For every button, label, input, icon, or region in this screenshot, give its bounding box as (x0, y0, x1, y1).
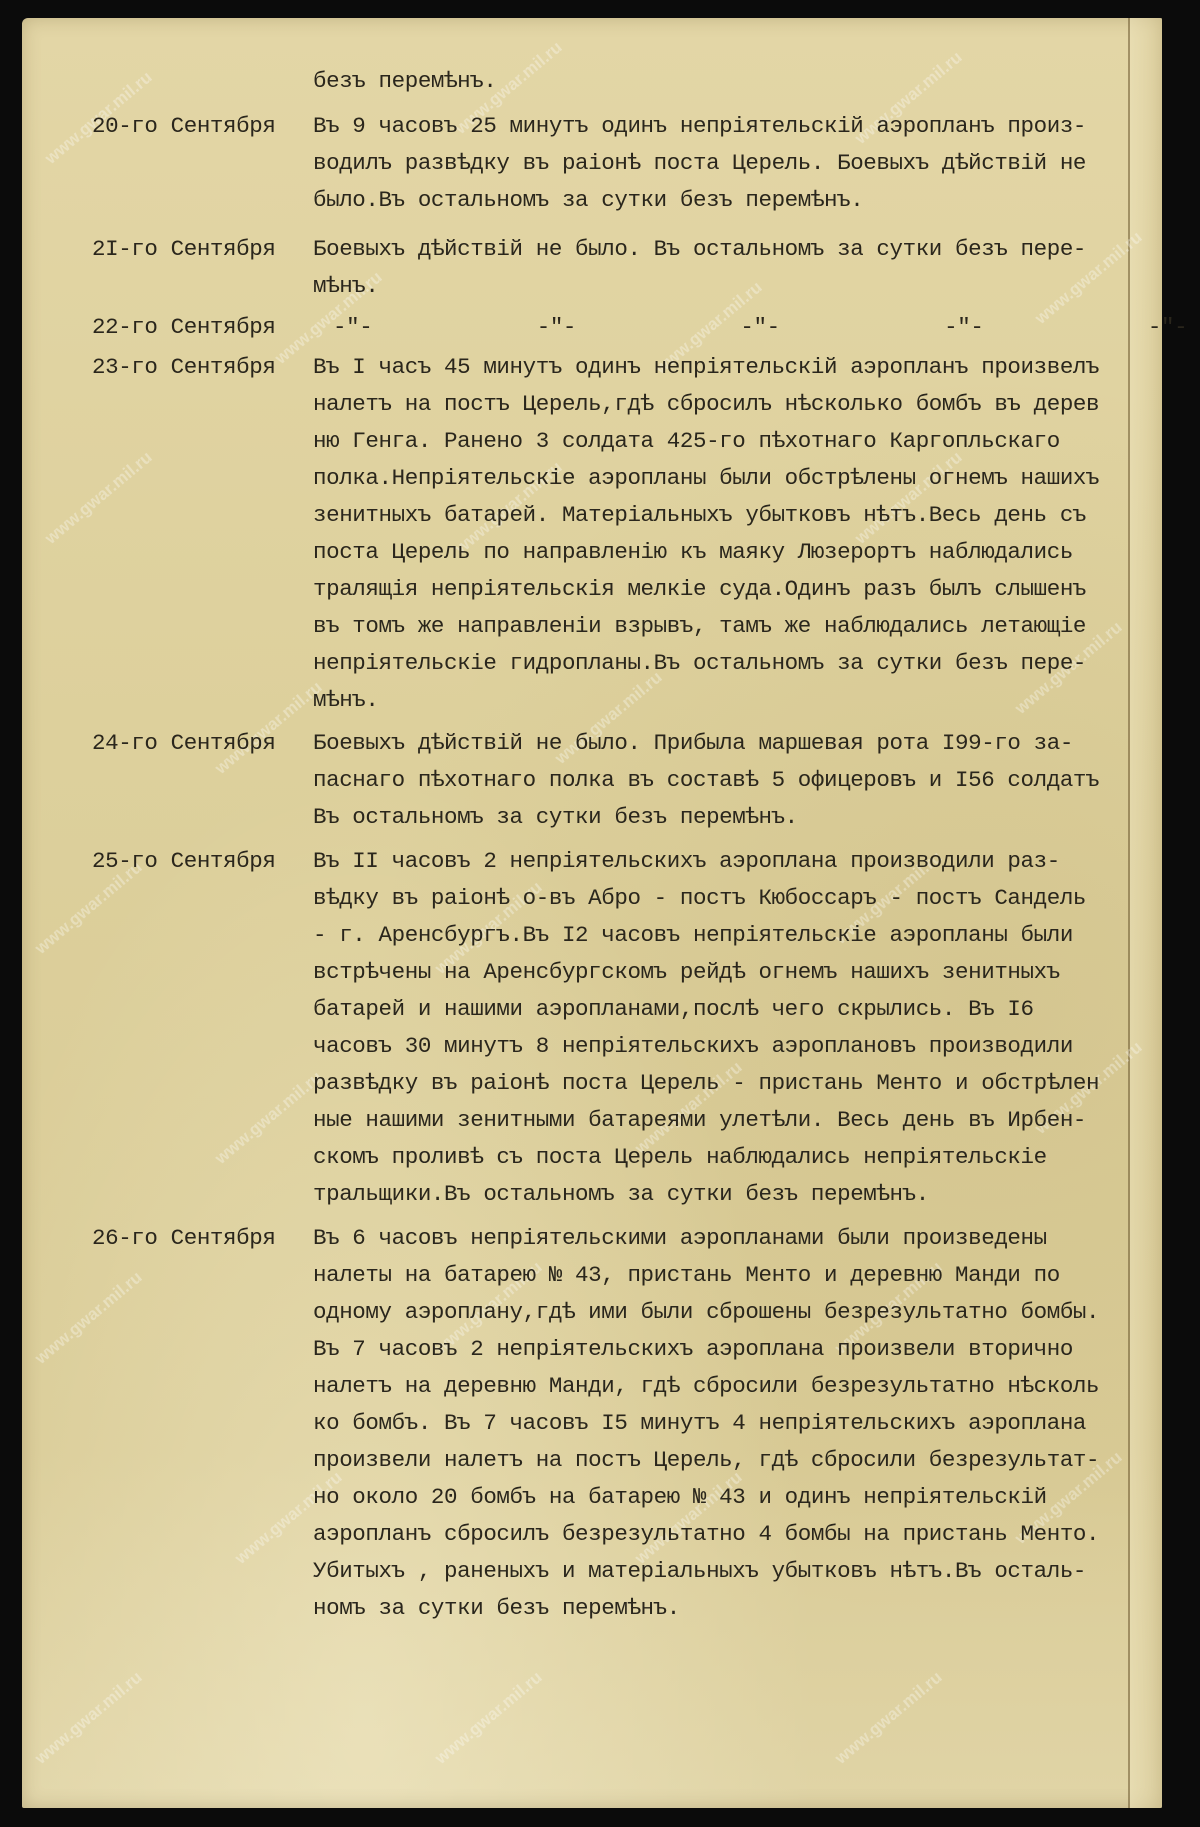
entry-line: встрѣчены на Аренсбургскомъ рейдѣ огнемъ… (313, 959, 1060, 985)
entry-date: 20-го Сентября (92, 113, 275, 139)
document-page: www.gwar.mil.ru www.gwar.mil.ru www.gwar… (22, 18, 1162, 1808)
entry-line: Убитыхъ , раненыхъ и матерiальныхъ убытк… (313, 1558, 1086, 1584)
entry-line: Въ 6 часовъ непрiятельскими аэропланами … (313, 1225, 1047, 1251)
entry-line: скомъ проливѣ съ поста Церель наблюдалис… (313, 1144, 1047, 1170)
entry-line: налетъ на деревню Манди, гдѣ сбросили бе… (313, 1373, 1099, 1399)
entry-line: мѣнъ. (313, 687, 379, 713)
entry-line: произвели налетъ на постъ Церель, гдѣ сб… (313, 1447, 1099, 1473)
entry-line: зенитныхъ батарей. Матерiальныхъ убытков… (313, 502, 1086, 528)
entry-line: тральщики.Въ остальномъ за сутки безъ пе… (313, 1181, 929, 1207)
entry-line: Въ остальномъ за сутки безъ перемѣнъ. (313, 804, 798, 830)
entry-date: 24-го Сентября (92, 730, 275, 756)
entry-line: ню Генга. Ранено 3 солдата 425-го пѣхотн… (313, 428, 1060, 454)
entry-line: Въ II часовъ 2 непрiятельскихъ аэроплана… (313, 848, 1060, 874)
continuation-line: безъ перемѣнъ. (313, 68, 496, 94)
entry-line: развѣдку въ раiонѣ поста Церель - приста… (313, 1070, 1099, 1096)
entry-line: водилъ развѣдку въ раiонѣ поста Церель. … (313, 150, 1086, 176)
entry-date: 26-го Сентября (92, 1225, 275, 1251)
entry-line: ные нашими зенитными батареями улетѣли. … (313, 1107, 1086, 1133)
entry-line: батарей и нашими аэропланами,послѣ чего … (313, 996, 1034, 1022)
entry-date: 22-го Сентября (92, 314, 275, 340)
entry-date: 25-го Сентября (92, 848, 275, 874)
entry-line: паснаго пѣхотнаго полка въ составѣ 5 офи… (313, 767, 1099, 793)
entry-line: полка.Непрiятельскiе аэропланы были обст… (313, 465, 1099, 491)
entry-line: ко бомбъ. Въ 7 часовъ I5 минутъ 4 непрiя… (313, 1410, 1086, 1436)
entry-date: 2I-го Сентября (92, 236, 275, 262)
ditto-marks: -"- -"- -"- -"- -"- -"- -"- (333, 314, 1200, 340)
entry-line: налетъ на постъ Церель,гдѣ сбросилъ нѣск… (313, 391, 1099, 417)
entry-line: Боевыхъ дѣйствiй не было. Въ остальномъ … (313, 236, 1086, 262)
entry-line: непрiятельскiе гидропланы.Въ остальномъ … (313, 650, 1086, 676)
entry-line: одному аэроплану,гдѣ ими были сброшены б… (313, 1299, 1099, 1325)
entry-line: вѣдку въ раiонѣ о-въ Абро - постъ Кюбосс… (313, 885, 1086, 911)
entry-date: 23-го Сентября (92, 354, 275, 380)
entry-line: но около 20 бомбъ на батарею № 43 и один… (313, 1484, 1047, 1510)
entry-line: - г. Аренсбургъ.Въ I2 часовъ непрiятельс… (313, 922, 1073, 948)
entry-line: Въ 9 часовъ 25 минутъ одинъ непрiятельск… (313, 113, 1086, 139)
entry-line: налеты на батарею № 43, пристань Менто и… (313, 1262, 1060, 1288)
entry-line: Боевыхъ дѣйствiй не было. Прибыла маршев… (313, 730, 1073, 756)
entry-line: тралящiя непрiятельскiя мелкiе суда.Один… (313, 576, 1086, 602)
entry-line: номъ за сутки безъ перемѣнъ. (313, 1595, 680, 1621)
report-text: безъ перемѣнъ. 20-го Сентября Въ 9 часов… (22, 18, 1162, 1808)
entry-line: аэропланъ сбросилъ безрезультатно 4 бомб… (313, 1521, 1099, 1547)
entry-line: поста Церель по направленiю къ маяку Люз… (313, 539, 1073, 565)
entry-line: мѣнъ. (313, 273, 379, 299)
entry-line: было.Въ остальномъ за сутки безъ перемѣн… (313, 187, 863, 213)
entry-line: въ томъ же направленiи взрывъ, тамъ же н… (313, 613, 1086, 639)
entry-line: Въ I часъ 45 минутъ одинъ непрiятельскiй… (313, 354, 1099, 380)
entry-line: часовъ 30 минутъ 8 непрiятельскихъ аэроп… (313, 1033, 1073, 1059)
entry-line: Въ 7 часовъ 2 непрiятельскихъ аэроплана … (313, 1336, 1073, 1362)
